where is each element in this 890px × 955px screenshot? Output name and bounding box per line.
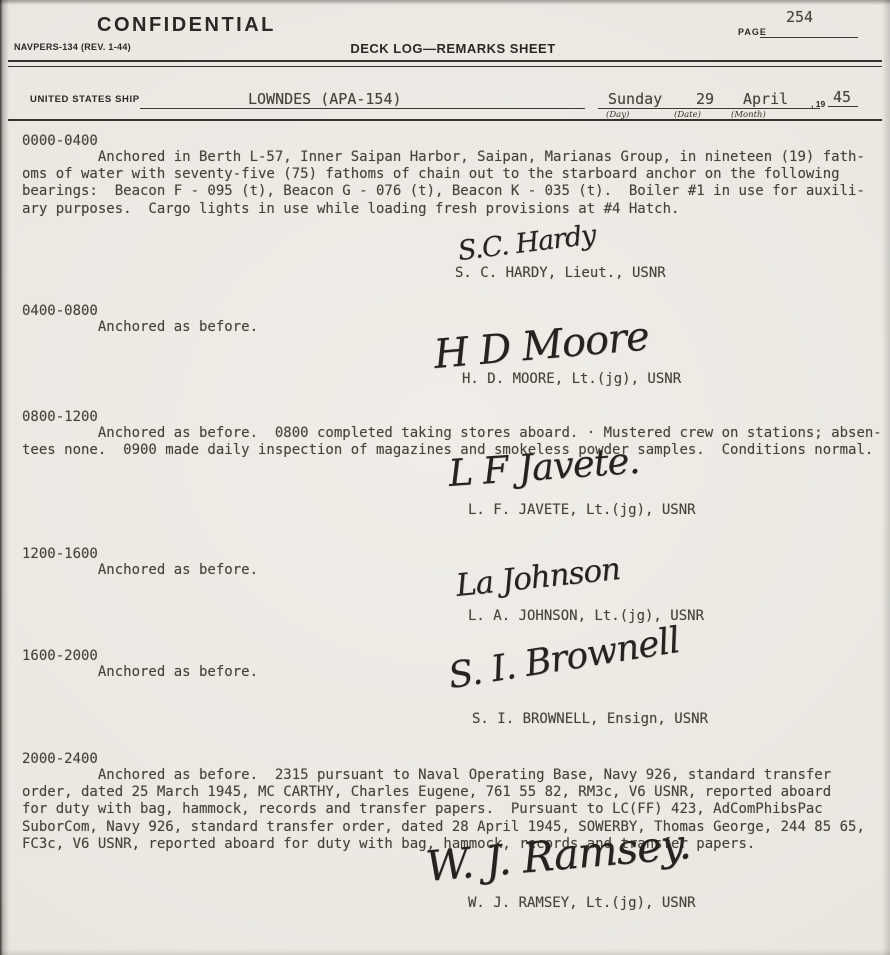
ship-name: LOWNDES (APA-154) (248, 91, 402, 108)
entry-text: Anchored as before. (22, 319, 258, 336)
signature-typed: S. C. HARDY, Lieut., USNR (455, 265, 666, 282)
entry-time-heading: 0800-1200 (22, 409, 98, 426)
date-month: April (743, 91, 788, 108)
entry-time-heading: 1600-2000 (22, 648, 98, 665)
page-number: 254 (786, 9, 813, 26)
classification-stamp: CONFIDENTIAL (97, 14, 276, 37)
signature-script: La Johnson (454, 551, 621, 604)
entry-text: Anchored as before. (22, 664, 258, 681)
year-prefix: , 19 (811, 99, 825, 109)
header-double-rule (8, 60, 882, 67)
signature-typed: W. J. RAMSEY, Lt.(jg), USNR (468, 895, 696, 912)
signature-script: H D Moore (432, 313, 650, 378)
signature-script: S. I. Brownell (446, 620, 683, 697)
signature-script: S.C. Hardy (456, 219, 597, 267)
sheet-title: DECK LOG—REMARKS SHEET (16, 41, 890, 56)
deck-log-page: CONFIDENTIAL PAGE 254 NAVPERS-134 (REV. … (0, 0, 890, 955)
date-number: 29 (696, 91, 714, 108)
signature-typed: H. D. MOORE, Lt.(jg), USNR (462, 371, 681, 388)
entry-text: Anchored in Berth L-57, Inner Saipan Har… (22, 149, 865, 218)
signature-typed: S. I. BROWNELL, Ensign, USNR (472, 711, 708, 728)
entry-time-heading: 1200-1600 (22, 546, 98, 563)
header-heavy-rule (8, 119, 882, 121)
entry-time-heading: 0400-0800 (22, 303, 98, 320)
year-value: 45 (833, 89, 851, 106)
date-day: Sunday (608, 91, 662, 108)
ship-label: UNITED STATES SHIP (30, 94, 140, 105)
signature-typed: L. F. JAVETE, Lt.(jg), USNR (468, 502, 696, 519)
entry-text: Anchored as before. (22, 562, 258, 579)
entry-time-heading: 0000-0400 (22, 133, 98, 150)
entry-time-heading: 2000-2400 (22, 751, 98, 768)
